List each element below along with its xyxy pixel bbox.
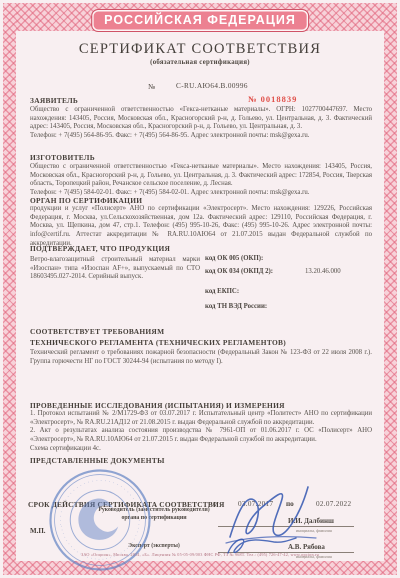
manufacturer-heading: ИЗГОТОВИТЕЛЬ bbox=[30, 153, 95, 162]
code-okpd2-label: код ОК 034 (ОКПД 2): bbox=[205, 268, 273, 275]
requirements-text: Технический регламент о требованиях пожа… bbox=[30, 349, 372, 366]
stamp-place-mark: М.П. bbox=[30, 527, 46, 535]
code-row-okp: код ОК 005 (ОКП): bbox=[205, 255, 263, 262]
cert-org-text: продукции и услуг «Полисерт» АНО по серт… bbox=[30, 205, 372, 248]
certificate-page: РОССИЙСКАЯ ФЕДЕРАЦИЯ СЕРТИФИКАТ СООТВЕТС… bbox=[0, 0, 400, 578]
requirements-heading-1: СООТВЕТСТВУЕТ ТРЕБОВАНИЯМ bbox=[30, 327, 164, 336]
code-okpd2-value: 13.20.46.000 bbox=[305, 268, 341, 275]
code-okp-label: код ОК 005 (ОКП): bbox=[205, 255, 263, 262]
code-tnved-label: код ТН ВЭД России: bbox=[205, 303, 267, 310]
form-number: № 0018839 bbox=[248, 94, 297, 104]
manufacturer-text: Общество с ограниченной ответственностью… bbox=[30, 163, 372, 198]
printer-imprint: ЗАО «Опцион», Москва, 2014, «Б». Лицензи… bbox=[0, 552, 400, 557]
tests-text: 1. Протокол испытаний № 2/М1729-ФЗ от 03… bbox=[30, 410, 372, 453]
product-description: Ветро-влагозащитный строительный материа… bbox=[30, 256, 200, 282]
certificate-subtitle: (обязательная сертификация) bbox=[0, 59, 400, 66]
code-row-okpd2: код ОК 034 (ОКПД 2): 13.20.46.000 bbox=[205, 268, 273, 275]
applicant-heading: ЗАЯВИТЕЛЬ bbox=[30, 96, 78, 105]
requirements-heading-2: ТЕХНИЧЕСКОГО РЕГЛАМЕНТА (ТЕХНИЧЕСКИХ РЕГ… bbox=[30, 338, 286, 347]
product-heading: ПОДТВЕРЖДАЕТ, ЧТО ПРОДУКЦИЯ bbox=[30, 244, 170, 253]
applicant-text: Общество с ограниченной ответственностью… bbox=[30, 106, 372, 141]
official-stamp: ···························· ···········… bbox=[39, 459, 161, 578]
cert-number-sign: № bbox=[148, 82, 155, 91]
tests-heading: ПРОВЕДЕННЫЕ ИССЛЕДОВАНИЯ (ИСПЫТАНИЯ) И И… bbox=[30, 401, 285, 410]
country-banner: РОССИЙСКАЯ ФЕДЕРАЦИЯ bbox=[91, 9, 309, 32]
code-ekps-label: код ЕКПС: bbox=[205, 288, 239, 295]
code-row-ekps: код ЕКПС: bbox=[205, 288, 239, 295]
code-row-tnved: код ТН ВЭД России: bbox=[205, 303, 267, 310]
certificate-content: РОССИЙСКАЯ ФЕДЕРАЦИЯ СЕРТИФИКАТ СООТВЕТС… bbox=[0, 0, 400, 578]
certificate-title: СЕРТИФИКАТ СООТВЕТСТВИЯ bbox=[0, 41, 400, 58]
cert-org-heading: ОРГАН ПО СЕРТИФИКАЦИИ bbox=[30, 196, 142, 205]
cert-number-value: C-RU.АЮ64.В.00996 bbox=[176, 82, 248, 90]
